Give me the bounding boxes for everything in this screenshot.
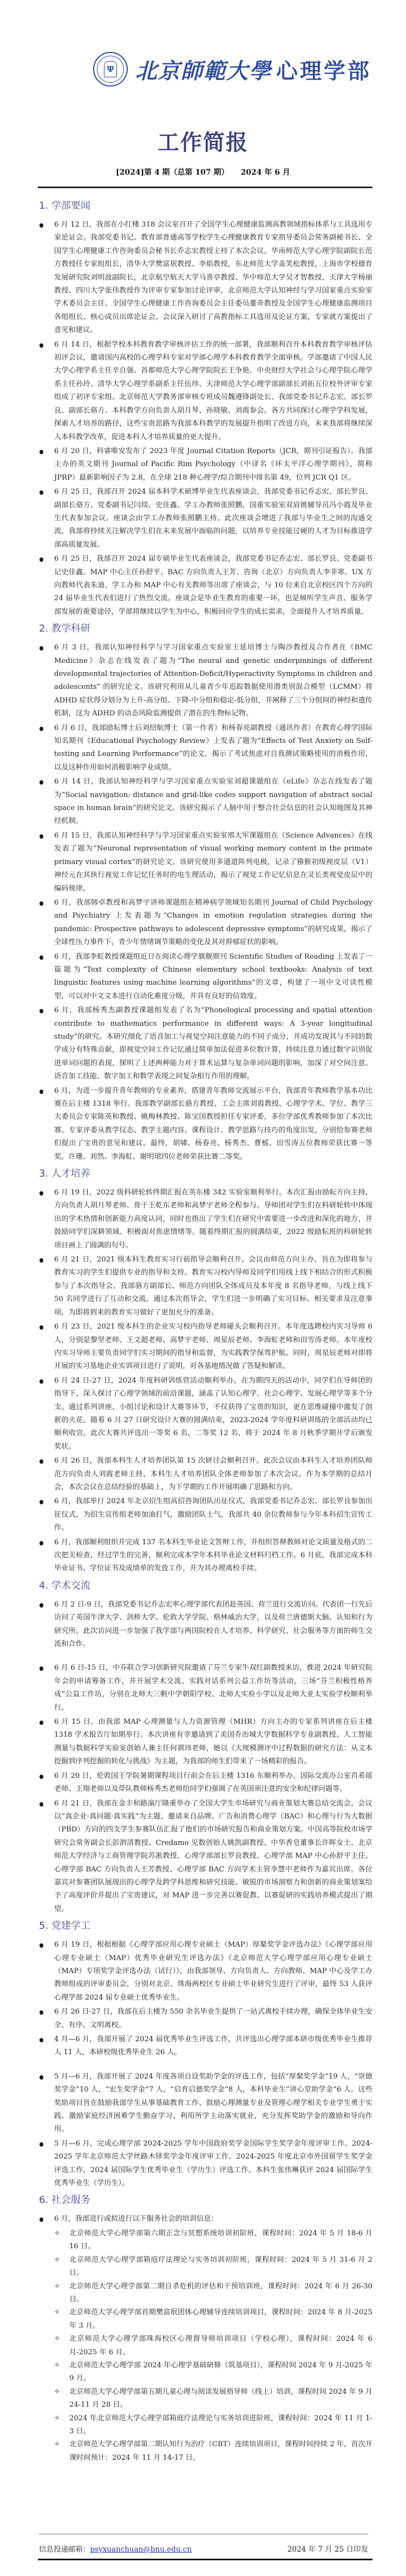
bullet-icon: [40, 2075, 43, 2080]
bullet-icon: [40, 450, 43, 454]
diamond-bullet-icon: ✧: [54, 2254, 60, 2267]
training-item: ✧北京师范大学心理学部第六期正念与冥想系统培训初阶班，课程时间：2024 年 5…: [38, 2227, 372, 2254]
diamond-bullet-icon: ✧: [54, 2227, 60, 2240]
list-item: 6 月 12 日，我部在小红楼 318 会议室召开了全国学生心理健康监测高教领域…: [38, 218, 372, 337]
training-item: ✧2024 年北京师范大学心理学部箱庭疗法理论与实务培训进阶班，课程时间：202…: [38, 2412, 372, 2439]
bullet-icon: [40, 1090, 43, 1094]
list-item: 6 月 21 日，我部在金丰和路演厅隆重举办了全国大学生市场研究与商业策划大赛总…: [38, 1797, 372, 1916]
psi-icon: Ψ: [104, 61, 117, 77]
list-item: 6 月 2 日-9 日，我部党委书记乔志宏率心理学部代表团赴英国、荷兰进行交流访…: [38, 1598, 372, 1651]
list-item: 6 月 26 日，我部本科生人才培养团队第 15 次研讨会顺利召开。此次会议由本…: [38, 1455, 372, 1494]
email-label: 信息投递邮箱：: [39, 2545, 90, 2554]
footer: 信息投递邮箱：psyxuanchuan@bnu.edu.cn 2024 年 7 …: [39, 2543, 368, 2554]
issue-line: [2024]第 4 期（总第 107 期）2024 年 6 月: [0, 167, 406, 177]
section-heading: 4. 学术交流: [39, 1579, 372, 1593]
bullet-icon: [40, 2218, 43, 2222]
bullet-icon: [40, 901, 43, 906]
university-name: 北京師範大學: [135, 54, 272, 85]
section-heading: 2. 教学科研: [39, 622, 372, 636]
diamond-bullet-icon: ✧: [54, 2280, 60, 2293]
training-item: ✧北京师范大学心理学部第二期认知行为治疗（CBT）连续培训项目，课程时间持续 2…: [38, 2438, 372, 2465]
training-item: ✧北京师范大学心理学部箱庭疗法理论与实务培训初阶班，课程时间：2024 年 5 …: [38, 2254, 372, 2280]
bullet-list: 6 月 19 日，2022 级科研轮转终期汇报在英东楼 342 实验室顺利举行。…: [38, 1186, 372, 1576]
bullet-icon: [40, 1258, 43, 1263]
bullet-icon: [40, 223, 43, 228]
diamond-bullet-icon: ✧: [54, 2438, 60, 2451]
bullet-icon: [40, 955, 43, 960]
print-date: 2024 年 7 月 25 日印发: [287, 2543, 368, 2554]
list-item: 6 月，为进一步提升青年教师的专业素养，搭建青年教师交流展示平台，我部青年教师教…: [38, 1085, 372, 1164]
bullet-icon: [40, 1603, 43, 1608]
bullet-list: 6 月 2 日-9 日，我部党委书记乔志宏率心理学部代表团赴英国、荷兰进行交流访…: [38, 1598, 372, 1916]
list-item: 6 月 14 日，根据学校本科教育教学审核评估工作的统一部署，我部顺利召开本科教…: [38, 338, 372, 444]
bullet-icon: [40, 1943, 43, 1948]
email-link[interactable]: psyxuanchuan@bnu.edu.cn: [90, 2545, 192, 2554]
list-item: 6 月，我部韩卓教授和高梦宇讲师课题组在精神病学领域知名期刊 Journal o…: [38, 897, 372, 950]
bullet-icon: [40, 1802, 43, 1807]
section-heading: 3. 人才培养: [39, 1167, 372, 1181]
bullet-icon: [40, 1379, 43, 1384]
bullet-icon: [40, 1775, 43, 1779]
newsletter-page: Ψ 北京師範大學 心理学部 工作简报 [2024]第 4 期（总第 107 期）…: [0, 0, 406, 2576]
training-list: ✧北京师范大学心理学部第六期正念与冥想系统培训初阶班，课程时间：2024 年 5…: [38, 2227, 372, 2465]
section-academic-exchange: 4. 学术交流 6 月 2 日-9 日，我部党委书记乔志宏率心理学部代表团赴英国…: [38, 1579, 372, 1916]
bullet-icon: [40, 780, 43, 785]
bullet-icon: [40, 2142, 43, 2147]
diamond-bullet-icon: ✧: [54, 2386, 60, 2399]
bullet-icon: [40, 343, 43, 348]
section-news: 1. 学部要闻 6 月 12 日，我部在小红楼 318 会议室召开了全国学生心理…: [38, 199, 372, 619]
issue-date: 2024 年 6 月: [241, 168, 290, 177]
bullet-icon: [40, 727, 43, 731]
training-item: ✧北京师范大学心理学部珠海校区心理督导师培训项目（学校心理），课程时间：2024…: [38, 2333, 372, 2359]
section-talent-cultivation: 3. 人才培养 6 月 19 日，2022 级科研轮转终期汇报在英东楼 342 …: [38, 1167, 372, 1576]
list-item: 6 月，我部杨秀杰副教授课题组发表了名为“Phonological proces…: [38, 1004, 372, 1083]
bullet-icon: [40, 2010, 43, 2015]
footer-bottom-rule: [38, 2559, 372, 2560]
list-item: 6 月 15 日，我部认知神经科学与学习国家重点实验室邢大军课题组在《Scien…: [38, 829, 372, 895]
list-item: 6 月，我部进行或拟进行以下服务社会的培训信息：: [38, 2213, 372, 2226]
list-item: 6 月，我部举行 2024 年北京招生组高招咨询团队出征仪式，我部党委书记乔志宏…: [38, 1495, 372, 1535]
bullet-icon: [40, 1721, 43, 1725]
bullet-icon: [40, 1191, 43, 1196]
list-item: 6 月 25 日，我部召开 2024 届本科学术硕博毕业生代表座谈会，我部党委书…: [38, 486, 372, 552]
list-item: 6 月 19 日，2022 级科研轮转终期汇报在英东楼 342 实验室顺利举行。…: [38, 1186, 372, 1252]
training-item: ✧北京师范大学心理学部第五期儿童心理与阅读发展指导师（线上）培训，课程时间 20…: [38, 2386, 372, 2412]
list-item: 6 月 21 日，2021 级本科生教育实习行前指导会顺利召开。会议由师范方向主…: [38, 1253, 372, 1319]
section-heading: 6. 社会服务: [39, 2193, 372, 2207]
section-party-student-affairs: 5. 党建学工 6 月 19 日，根据根据《心理学部应用心理专业硕士（MAP）厚…: [38, 1919, 372, 2190]
department-name: 心理学部: [276, 54, 371, 85]
list-item: 4 月—6 月，我部开展了 2024 届优秀毕业生评选工作，共评选出心理学部本研…: [38, 2033, 372, 2060]
bullet-icon: [40, 557, 43, 562]
bullet-list: 6 月，我部进行或拟进行以下服务社会的培训信息：: [38, 2213, 372, 2226]
training-item: ✧北京师范大学心理学部第二期自杀危机的评估和干预培训班，课程时间：2024 年 …: [38, 2280, 372, 2307]
bullet-icon: [40, 1541, 43, 1545]
list-item: 6 月 20 日，伦敦国王学院暑期课程项目行前会在后主楼 1316 东顺利举办。…: [38, 1770, 372, 1796]
list-item: 5 月—6 月，我部开展了 2024 年度各项自设奖助学金的评选工作，包括“厚粲…: [38, 2070, 372, 2136]
list-item: 6 月 25 日，我部召开 2024 届专硕毕业生代表座谈会，我部党委书记乔志宏…: [38, 553, 372, 619]
training-item: ✧北京师范大学心理学部 2024 年心理学基础研修（筑基项目），课程时间 202…: [38, 2359, 372, 2386]
diamond-bullet-icon: ✧: [54, 2412, 60, 2425]
bullet-icon: [40, 1667, 43, 1671]
bullet-list: 6 月 19 日，根据根据《心理学部应用心理专业硕士（MAP）厚粲奖学金评选办法…: [38, 1938, 372, 2190]
bullet-icon: [40, 490, 43, 495]
list-item: 6 月 14 日，我部认知神经科学与学习国家重点实验室刘超课题组在《eLife》…: [38, 775, 372, 828]
list-item: 6 月 6 日，我部励耘博士后刘绍航博士（第一作者）和杨春亮副教授（通讯作者）在…: [38, 722, 372, 775]
diamond-bullet-icon: ✧: [54, 2359, 60, 2372]
issue-number: [2024]第 4 期（总第 107 期）: [116, 168, 229, 177]
list-item: 6 月 15 日，由我部 MAP 心理测量与人力资源管理（MHR）方向主办的专家…: [38, 1716, 372, 1769]
masthead: Ψ 北京師範大學 心理学部: [93, 50, 371, 89]
list-item: 6 月 19 日，根据根据《心理学部应用心理专业硕士（MAP）厚粲奖学金评选办法…: [38, 1938, 372, 2004]
bullet-icon: [40, 1500, 43, 1504]
section-social-service: 6. 社会服务 6 月，我部进行或拟进行以下服务社会的培训信息： ✧北京师范大学…: [38, 2193, 372, 2465]
list-item: 6 月 6 日-15 日，中芬联合学习创新研究院邀请了芬兰专家牛双红副教授来访，…: [38, 1662, 372, 1715]
diamond-bullet-icon: ✧: [54, 2306, 60, 2319]
footer-divider: [39, 2534, 368, 2534]
section-teaching-research: 2. 教学科研 6 月 3 日，我部认知神经科学与学习国家重点实验室王延培博士与…: [38, 622, 372, 1164]
bullet-icon: [40, 1325, 43, 1330]
list-item: 6 月 23 日，2021 级本科生的企业实习校内指导老师碰头会顺利召开。本年度…: [38, 1320, 372, 1373]
header-divider: [38, 187, 372, 188]
list-item: 6 月，我部李虹教授课题组近日在阅读心理学旗舰期刊 Scientific Stu…: [38, 951, 372, 1004]
bullet-list: 6 月 3 日，我部认知神经科学与学习国家重点实验室王延培博士与陶沙教授及合作者…: [38, 641, 372, 1164]
bullet-icon: [40, 1459, 43, 1464]
list-item: 6 月 3 日，我部认知神经科学与学习国家重点实验室王延培博士与陶沙教授及合作者…: [38, 641, 372, 720]
bullet-icon: [40, 646, 43, 650]
content: 1. 学部要闻 6 月 12 日，我部在小红楼 318 会议室召开了全国学生心理…: [38, 196, 372, 2465]
section-heading: 5. 党建学工: [39, 1919, 372, 1933]
list-item: 6 月 24 日-27 日，2024 年度科研训练营活动顺利举办。在为期四天的活…: [38, 1375, 372, 1453]
bullet-icon: [40, 1009, 43, 1013]
bullet-icon: [40, 2038, 43, 2042]
report-title: 工作简报: [0, 125, 406, 156]
training-item: ✧北京师范大学心理学部首期樊富珉团体心理辅导连续培训项目，课程时间：2024 年…: [38, 2306, 372, 2333]
diamond-bullet-icon: ✧: [54, 2333, 60, 2346]
list-item: 6 月 26 日-27 日，我部在后主楼为 550 余名毕业生提供了一站式离校手…: [38, 2006, 372, 2032]
list-item: 6 月 20 日，科睿唯安发布了 2023 年度 Journal Citatio…: [38, 445, 372, 484]
list-item: 6 月，我部顺利组织并完成 137 名本科生毕业论文答辩工作，并组织答辩教师对论…: [38, 1536, 372, 1576]
bullet-list: 6 月 12 日，我部在小红楼 318 会议室召开了全国学生心理健康监测高教领域…: [38, 218, 372, 619]
section-heading: 1. 学部要闻: [39, 199, 372, 213]
footer-email-block: 信息投递邮箱：psyxuanchuan@bnu.edu.cn: [39, 2543, 192, 2554]
university-seal-logo: Ψ: [93, 52, 128, 87]
bullet-icon: [40, 834, 43, 839]
list-item: 5 月—6 月，完成心理学部 2024-2025 学年中国政府奖学金国际学生奖学…: [38, 2137, 372, 2190]
